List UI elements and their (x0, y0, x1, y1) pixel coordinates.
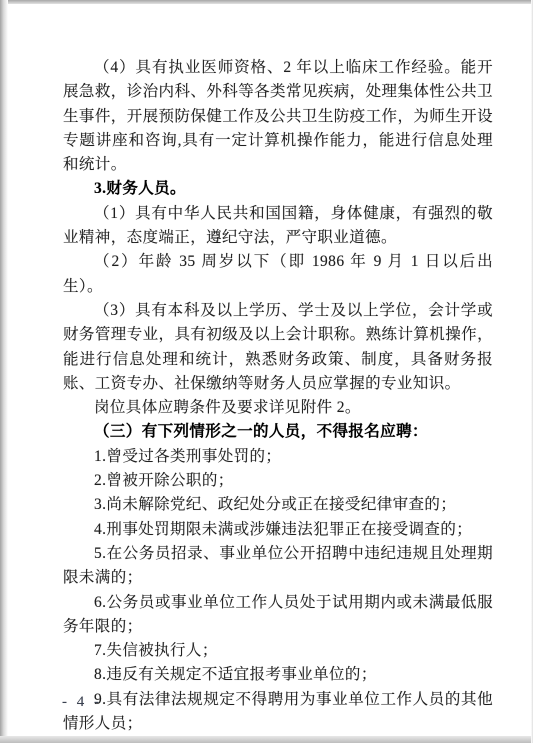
paragraph-12: 5.在公务员招录、事业单位公开招聘中违纪违规且处理期限未满的； (63, 542, 493, 591)
document-content: （4）具有执业医师资格、2 年以上临床工作经验。能开展急救，诊治内科、外科等各类… (63, 56, 493, 736)
paragraph-10: 3.尚未解除党纪、政纪处分或正在接受纪律审查的； (63, 493, 493, 517)
paragraph-6: 岗位具体应聘条件及要求详见附件 2。 (63, 396, 493, 420)
paragraph-3: （1）具有中华人民共和国国籍，身体健康，有强烈的敬业精神，态度端正，遵纪守法，严… (63, 202, 493, 251)
paragraph-13: 6.公务员或事业单位工作人员处于试用期内或未满最低服务年限的； (63, 591, 493, 640)
paragraph-2: 3.财务人员。 (63, 177, 493, 201)
paragraph-9: 2.曾被开除公职的； (63, 469, 493, 493)
page-edge-bottom (0, 736, 533, 743)
paragraph-15: 8.违反有关规定不适宜报考事业单位的； (63, 663, 493, 687)
paragraph-7: （三）有下列情形之一的人员，不得报名应聘： (63, 420, 493, 444)
page-edge-left (0, 0, 8, 743)
paragraph-14: 7.失信被执行人； (63, 639, 493, 663)
paragraph-5: （3）具有本科及以上学历、学士及以上学位，会计学或财务管理专业，具有初级及以上会… (63, 299, 493, 396)
paragraph-4: （2）年龄 35 周岁以下（即 1986 年 9 月 1 日以后出生）。 (63, 250, 493, 299)
paragraph-8: 1.曾受过各类刑事处罚的； (63, 445, 493, 469)
page-number: - 4 - (62, 694, 102, 711)
page-edge-top (0, 0, 533, 4)
paragraph-1: （4）具有执业医师资格、2 年以上临床工作经验。能开展急救，诊治内科、外科等各类… (63, 56, 493, 177)
paragraph-11: 4.刑事处罚期限未满或涉嫌违法犯罪正在接受调查的； (63, 518, 493, 542)
paragraph-16: 9.具有法律法规规定不得聘用为事业单位工作人员的其他情形人员； (63, 688, 493, 737)
